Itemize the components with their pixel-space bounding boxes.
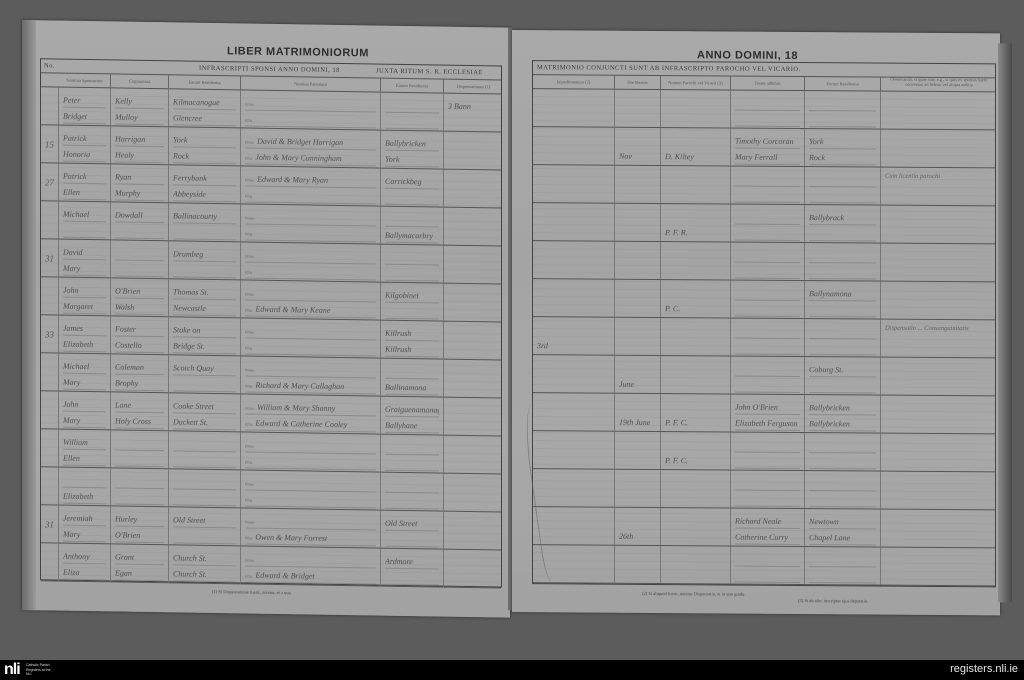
bride-parents-residence — [385, 533, 439, 548]
bride-residence: Bridge St. — [173, 339, 236, 354]
officiating-priest — [665, 568, 726, 582]
witness-1-residence — [809, 97, 876, 111]
filia-label: Filia — [245, 498, 252, 503]
witness-1-residence — [809, 249, 876, 263]
dispensation — [448, 290, 499, 305]
witness-1: Richard Neale — [735, 515, 800, 529]
observations-note — [881, 434, 997, 443]
bride-name: Ellen — [63, 452, 106, 467]
bride-parents: Filia — [245, 265, 376, 281]
bride-residence: Newcastle — [173, 301, 236, 316]
observations-note — [881, 92, 997, 101]
groom-parents-residence — [385, 251, 439, 266]
groom-parents: Filius — [245, 439, 376, 455]
bride-surname: Walsh — [115, 300, 164, 315]
groom-name: Michael — [63, 360, 106, 375]
groom-surname: Hurley — [115, 512, 164, 527]
bride-parents-residence — [385, 191, 439, 206]
column-header: Testes adhibiti — [731, 77, 805, 92]
groom-surname: Ryan — [115, 170, 164, 185]
bride-parents-residence: Ballinamona — [385, 381, 439, 396]
filius-label: Filius — [245, 482, 254, 487]
groom-parents-residence: Ardmore — [385, 555, 439, 570]
table-row — [533, 241, 995, 282]
observations-note — [881, 282, 997, 291]
marriage-date — [619, 340, 656, 354]
groom-parents-names: David & Bridget Harrigan — [257, 137, 343, 147]
witness-1 — [735, 553, 800, 567]
marriage-date — [619, 492, 656, 506]
groom-residence: York — [173, 133, 236, 148]
bride-surname: Brophy — [115, 376, 164, 391]
witness-2 — [735, 113, 800, 127]
site-link[interactable]: registers.nli.ie — [950, 663, 1018, 675]
witness-2-residence — [809, 569, 876, 583]
groom-residence: Kilmacanogue — [173, 95, 236, 110]
filia-label: Filia — [245, 536, 252, 541]
witness-2 — [735, 341, 800, 355]
filius-label: Filius — [245, 140, 254, 145]
groom-parents: FiliusWilliam & Mary Shanny — [245, 401, 376, 417]
marriage-date: 19th June — [619, 416, 656, 430]
bride-surname: Healy — [115, 148, 164, 163]
bride-surname: O'Brien — [115, 528, 164, 543]
groom-name: John — [63, 284, 106, 299]
groom-parents: Filius — [245, 211, 376, 227]
bride-surname: Costello — [115, 338, 164, 353]
table-row: NovD. KilteyTimothy CorcoranMary Ferrall… — [533, 127, 995, 168]
nli-logo-caption: Catholic Parish Registers at the NLI — [26, 663, 56, 677]
dispensation — [448, 404, 499, 419]
page-title-liber-matrimoniorum: LIBER MATRIMONIORUM — [227, 45, 369, 59]
witness-2 — [735, 265, 800, 279]
filius-label: Filius — [245, 102, 254, 107]
banner-text: MATRIMONIO CONJUNCTI SUNT AB INFRASCRIPT… — [537, 64, 877, 73]
witness-2-residence: Rock — [809, 151, 876, 165]
filius-label: Filius — [245, 444, 254, 449]
bride-residence — [173, 491, 236, 506]
groom-surname: Lane — [115, 398, 164, 413]
banner-right-text: JUXTA RITUM S. R. ECCLESIAE — [376, 68, 483, 77]
bride-name: Elizabeth — [63, 490, 106, 505]
bride-parents: Filia — [245, 113, 376, 129]
groom-parents-residence — [385, 479, 439, 494]
filius-label: Filius — [245, 254, 254, 259]
bride-residence — [173, 225, 236, 240]
left-register-page: LIBER MATRIMONIORUM No. INFRASCRIPTI SPO… — [22, 20, 510, 618]
witness-2 — [735, 379, 800, 393]
groom-name: Patrick — [63, 132, 106, 147]
bride-parents-residence — [385, 305, 439, 320]
entry-number: 31 — [41, 505, 58, 542]
marriage-date — [619, 302, 656, 316]
witness-2-residence — [809, 455, 876, 469]
dispensation — [448, 442, 499, 457]
marriage-date — [619, 112, 656, 126]
groom-name: William — [63, 436, 106, 451]
column-header: Impedimentum (2) — [533, 75, 615, 90]
table-row: 19th JuneP. F. C.John O'BrienElizabeth F… — [533, 393, 995, 434]
dispensation — [448, 518, 499, 533]
bride-parents-names: Edward & Bridget — [255, 571, 314, 581]
groom-parents: Filius — [245, 287, 376, 303]
groom-residence: Ballinacourty — [173, 209, 236, 224]
officiating-priest: D. Kiltey — [665, 150, 726, 164]
column-header: Eorum Residentia — [805, 77, 881, 92]
witness-2 — [735, 303, 800, 317]
table-row: P. F. C. — [533, 431, 995, 472]
marriage-register-table-right: MATRIMONIO CONJUNCTI SUNT AB INFRASCRIPT… — [532, 60, 996, 587]
column-header: Dispensationes (1) — [444, 80, 503, 95]
witness-1: Timothy Corcoran — [735, 135, 800, 149]
groom-surname: O'Brien — [115, 284, 164, 299]
filia-label: Filia — [245, 422, 252, 427]
officiating-priest — [665, 492, 726, 506]
marriage-date — [619, 568, 656, 582]
bride-parents: FiliaEdward & Mary Keane — [245, 303, 376, 319]
groom-surname — [115, 436, 164, 451]
witness-2-residence — [809, 189, 876, 203]
witness-2 — [735, 493, 800, 507]
dispensation — [448, 328, 499, 343]
groom-parents-residence — [385, 99, 439, 114]
impediment — [537, 263, 610, 278]
groom-name: Jeremiah — [63, 512, 106, 527]
nli-logo[interactable]: nli — [4, 661, 20, 679]
groom-parents: Filius — [245, 249, 376, 265]
bride-parents-residence: Ballyhane — [385, 419, 439, 434]
footnote: (1) Si Dispensatione fuerit, notetur, et… — [212, 589, 292, 595]
column-header: Nomen Parochi vel Vicarii (3) — [661, 76, 731, 90]
witness-1-residence — [809, 325, 876, 339]
column-header: Nomina Sponsorum — [59, 74, 111, 89]
groom-residence: Old Street — [173, 513, 236, 528]
observations-note — [881, 396, 997, 405]
dispensation: 3 Bann — [448, 100, 499, 115]
bride-parents-residence — [385, 571, 439, 586]
bride-residence — [173, 453, 236, 468]
groom-parents-residence: Graiguenamanagh — [385, 403, 439, 418]
bride-parents-names: Owen & Mary Forrest — [255, 533, 327, 543]
observations-note — [881, 244, 997, 253]
witness-2: Catherine Curry — [735, 531, 800, 545]
bride-parents-residence — [385, 115, 439, 130]
bride-parents-names: Edward & Catherine Cooley — [255, 419, 347, 429]
register-entries: NovD. KilteyTimothy CorcoranMary Ferrall… — [533, 89, 995, 586]
observations-note — [881, 130, 997, 139]
witness-2-residence — [809, 265, 876, 279]
observations-note — [881, 358, 997, 367]
column-header: Earum Residentia — [381, 79, 444, 94]
groom-residence — [173, 475, 236, 490]
anno-domini-text: ANNO DOMINI, 18 — [697, 49, 798, 62]
groom-parents-residence: Carrickbeg — [385, 175, 439, 190]
groom-parents-residence: Ballybricken — [385, 137, 439, 152]
witness-2-residence: Ballybricken — [809, 417, 876, 431]
officiating-priest — [665, 112, 726, 126]
filius-label: Filius — [245, 330, 254, 335]
groom-residence: Thomas St. — [173, 285, 236, 300]
filia-label: Filia — [245, 194, 252, 199]
bride-residence: Church St. — [173, 567, 236, 582]
register-entries: PeterBridgetKellyMulloyKilmacanogueGlenc… — [41, 87, 501, 586]
footnote-3: (3) Si ab alio, inscriptur ejus deputati… — [798, 598, 868, 603]
bride-surname — [115, 224, 164, 239]
groom-parents-residence: Kilgobinet — [385, 289, 439, 304]
bride-parents: FiliaEdward & Bridget — [245, 569, 376, 585]
table-row: 3rdDispensatio ... Consanguinitatis — [533, 317, 995, 358]
filius-label: Filius — [245, 558, 254, 563]
groom-residence: Scotch Quay — [173, 361, 236, 376]
filia-label: Filia — [245, 232, 252, 237]
dispensation — [448, 214, 499, 229]
dispensation — [448, 138, 499, 153]
bride-residence: Rock — [173, 149, 236, 164]
filia-label: Filia — [245, 384, 252, 389]
filius-label: Filius — [245, 368, 254, 373]
groom-residence: Ferrybank — [173, 171, 236, 186]
bride-name: Eliza — [63, 566, 106, 581]
bride-parents-residence: Killrush — [385, 343, 439, 358]
table-row — [533, 545, 995, 586]
right-register-page: ANNO DOMINI, 18 MATRIMONIO CONJUNCTI SUN… — [512, 30, 1000, 615]
witness-1-residence: Ballybrack — [809, 211, 876, 225]
filia-label: Filia — [245, 118, 252, 123]
witness-2 — [735, 569, 800, 583]
groom-parents: FiliusDavid & Bridget Harrigan — [245, 135, 376, 151]
groom-residence: Cooke Street — [173, 399, 236, 414]
groom-surname: Foster — [115, 322, 164, 337]
groom-surname: Grant — [115, 550, 164, 565]
witness-1-residence — [809, 553, 876, 567]
table-row: Cum licentia parochi — [533, 165, 995, 206]
table-row: P. F. R.Ballybrack — [533, 203, 995, 244]
bride-name — [63, 224, 106, 239]
marriage-date: June — [619, 378, 656, 392]
groom-surname: Kelly — [115, 94, 164, 109]
witness-2-residence — [809, 113, 876, 127]
bride-parents: Filia — [245, 455, 376, 471]
witness-2 — [735, 227, 800, 241]
officiating-priest: P. F. R. — [665, 226, 726, 240]
filius-label: Filius — [245, 520, 254, 525]
bride-surname — [115, 452, 164, 467]
bride-name: Honoria — [63, 148, 106, 163]
entry-number: 27 — [41, 163, 58, 200]
witness-2 — [735, 189, 800, 203]
groom-residence: Stoke on — [173, 323, 236, 338]
officiating-priest — [665, 378, 726, 392]
column-header: Die Mensis — [615, 76, 661, 90]
dispensation — [448, 556, 499, 571]
bride-parents-names: John & Mary Cunningham — [255, 153, 341, 163]
witness-1-residence — [809, 439, 876, 453]
witness-1 — [735, 97, 800, 111]
bride-parents: Filia — [245, 341, 376, 357]
marriage-register-table-left: No. INFRASCRIPTI SPONSI ANNO DOMINI, 18 … — [40, 58, 502, 587]
observations-note — [881, 548, 997, 557]
bride-parents: FiliaRichard & Mary Callaghan — [245, 379, 376, 395]
witness-2-residence — [809, 227, 876, 241]
officiating-priest — [665, 530, 726, 544]
groom-parents-residence — [385, 213, 439, 228]
banner-number-label: No. — [44, 62, 55, 69]
groom-name: Anthony — [63, 550, 106, 565]
bride-residence — [173, 377, 236, 392]
observations-note: Cum licentia parochi — [881, 168, 997, 186]
groom-name: John — [63, 398, 106, 413]
filia-label: Filia — [245, 308, 252, 313]
impediment — [537, 377, 610, 392]
bride-surname: Murphy — [115, 186, 164, 201]
groom-name: James — [63, 322, 106, 337]
observations-note — [881, 510, 997, 519]
officiating-priest: P. F. C. — [665, 416, 726, 430]
groom-parents: Filius — [245, 325, 376, 341]
filius-label: Filius — [245, 216, 254, 221]
observations-note — [881, 206, 997, 215]
bride-name: Mary — [63, 376, 106, 391]
entry-number: 33 — [41, 315, 58, 352]
witness-1-residence: Coburg St. — [809, 363, 876, 377]
groom-name — [63, 474, 106, 489]
column-header: Earum Residentia — [169, 75, 241, 90]
groom-parents: Filius — [245, 97, 376, 113]
column-header: Observanda, si quae sint; e.g., si quis … — [881, 78, 997, 93]
impediment — [537, 187, 610, 202]
groom-parents: Filius — [245, 477, 376, 493]
impediment — [537, 225, 610, 240]
dispensation — [448, 366, 499, 381]
groom-parents: FiliusEdward & Mary Ryan — [245, 173, 376, 189]
filia-label: Filia — [245, 460, 252, 465]
witness-2 — [735, 455, 800, 469]
bride-name: Mary — [63, 262, 106, 277]
groom-parents: Filius — [245, 515, 376, 531]
bride-surname: Egan — [115, 566, 164, 581]
bride-parents: Filia — [245, 189, 376, 205]
bride-parents: Filia — [245, 227, 376, 243]
page-title-anno-domini: ANNO DOMINI, 18 — [697, 49, 798, 62]
entry-number: 15 — [41, 125, 58, 162]
witness-1 — [735, 287, 800, 301]
register-image-viewer: LIBER MATRIMONIORUM No. INFRASCRIPTI SPO… — [0, 0, 1024, 660]
officiating-priest — [665, 188, 726, 202]
bride-parents-residence: York — [385, 153, 439, 168]
bride-name: Margaret — [63, 300, 106, 315]
entry-number: 31 — [41, 239, 58, 276]
observations-note: Dispensatio ... Consanguinitatis — [881, 320, 997, 338]
groom-parents: Filius — [245, 363, 376, 379]
witness-1-residence — [809, 173, 876, 187]
witness-1 — [735, 439, 800, 453]
filia-label: Filia — [245, 270, 252, 275]
witness-1-residence: Ballynamona — [809, 287, 876, 301]
witness-2: Elizabeth Ferguson — [735, 417, 800, 431]
bride-residence: Glencree — [173, 111, 236, 126]
officiating-priest — [665, 340, 726, 354]
groom-name: Michael — [63, 208, 106, 223]
column-header: Cognomina — [111, 74, 169, 89]
groom-parents-residence: Old Street — [385, 517, 439, 532]
bride-name: Elizabeth — [63, 338, 106, 353]
groom-parents-names: William & Mary Shanny — [257, 403, 335, 413]
groom-parents-residence — [385, 441, 439, 456]
table-row: 26thRichard NealeCatherine CurryNewtownC… — [533, 507, 995, 548]
witness-2-residence — [809, 379, 876, 393]
bride-parents-names: Edward & Mary Keane — [255, 305, 330, 315]
witness-1 — [735, 211, 800, 225]
marriage-date: Nov — [619, 150, 656, 164]
witness-1 — [735, 249, 800, 263]
groom-parents-names: Edward & Mary Ryan — [257, 175, 328, 185]
table-row: AnthonyElizaGrantEganChurch St.Church St… — [41, 543, 501, 588]
bride-parents: FiliaOwen & Mary Forrest — [245, 531, 376, 547]
banner-center-text: INFRASCRIPTI SPONSI ANNO DOMINI, 18 — [199, 65, 340, 74]
table-row: JuneCoburg St. — [533, 355, 995, 396]
witness-1-residence: Newtown — [809, 515, 876, 529]
impediment: 3rd — [537, 339, 610, 354]
witness-1-residence — [809, 477, 876, 491]
witness-1-residence: York — [809, 135, 876, 149]
bride-parents-residence — [385, 267, 439, 282]
bride-name: Bridget — [63, 110, 106, 125]
bride-parents-residence — [385, 495, 439, 510]
bride-residence — [173, 263, 236, 278]
groom-name: David — [63, 246, 106, 261]
groom-parents: Filius — [245, 553, 376, 569]
bride-parents-residence: Ballymacarbry — [385, 229, 439, 244]
bride-parents: Filia — [245, 493, 376, 509]
marriage-date — [619, 454, 656, 468]
groom-residence: Drumbeg — [173, 247, 236, 262]
bride-parents: FiliaEdward & Catherine Cooley — [245, 417, 376, 433]
bride-parents-residence — [385, 457, 439, 472]
witness-2-residence — [809, 493, 876, 507]
groom-name: Peter — [63, 94, 106, 109]
table-row — [533, 469, 995, 510]
witness-1 — [735, 363, 800, 377]
groom-surname — [115, 474, 164, 489]
filius-label: Filius — [245, 178, 254, 183]
filia-label: Filia — [245, 574, 252, 579]
table-row: P. C.Ballynamona — [533, 279, 995, 320]
bride-parents: FiliaJohn & Mary Cunningham — [245, 151, 376, 167]
witness-1 — [735, 325, 800, 339]
witness-1 — [735, 477, 800, 491]
witness-2: Mary Ferrall — [735, 151, 800, 165]
viewer-footer: nli Catholic Parish Registers at the NLI… — [0, 660, 1024, 680]
groom-surname — [115, 246, 164, 261]
groom-parents-residence: Killrush — [385, 327, 439, 342]
marriage-date: 26th — [619, 530, 656, 544]
witness-1: John O'Brien — [735, 401, 800, 415]
bride-name: Mary — [63, 528, 106, 543]
impediment — [537, 111, 610, 126]
groom-parents-residence — [385, 365, 439, 380]
table-row — [533, 89, 995, 130]
dispensation — [448, 480, 499, 495]
groom-residence: Church St. — [173, 551, 236, 566]
filius-label: Filius — [245, 292, 254, 297]
bride-surname: Mulloy — [115, 110, 164, 125]
witness-2-residence — [809, 341, 876, 355]
bride-surname — [115, 262, 164, 277]
witness-1 — [735, 173, 800, 187]
witness-1-residence: Ballybricken — [809, 401, 876, 415]
bride-name: Mary — [63, 414, 106, 429]
groom-surname: Harrigan — [115, 132, 164, 147]
